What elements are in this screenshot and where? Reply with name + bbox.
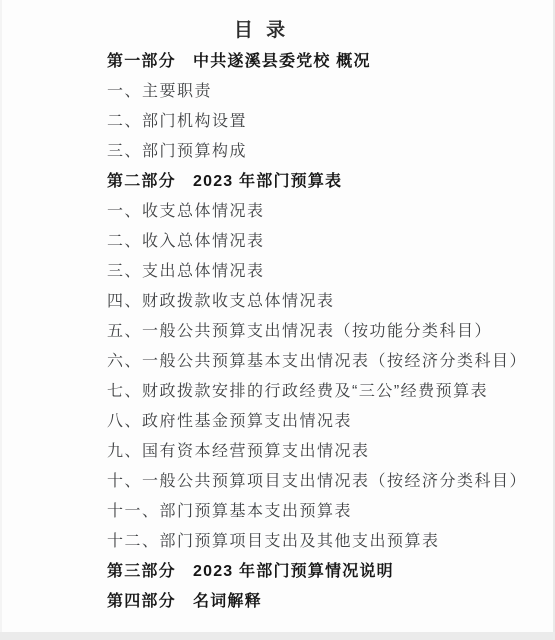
page-left-edge xyxy=(0,0,2,640)
document-page: 目 录 第一部分 中共遂溪县委党校 概况 一、主要职责 二、部门机构设置 三、部… xyxy=(0,0,555,640)
page-title: 目 录 xyxy=(0,19,523,43)
toc-section-heading: 第二部分 2023 年部门预算表 xyxy=(107,164,549,194)
toc-item: 七、财政拨款安排的行政经费及“三公”经费预算表 xyxy=(107,374,549,404)
toc-item: 一、收支总体情况表 xyxy=(107,194,549,224)
toc-item: 三、支出总体情况表 xyxy=(107,254,549,284)
toc-item: 一、主要职责 xyxy=(107,74,549,104)
toc-item: 九、国有资本经营预算支出情况表 xyxy=(107,434,549,464)
toc-item: 十二、部门预算项目支出及其他支出预算表 xyxy=(107,524,549,554)
toc-item: 三、部门预算构成 xyxy=(107,134,549,164)
toc-item: 五、一般公共预算支出情况表（按功能分类科目） xyxy=(107,314,549,344)
toc-item: 十、一般公共预算项目支出情况表（按经济分类科目） xyxy=(107,464,549,494)
toc-item: 二、部门机构设置 xyxy=(107,104,549,134)
page-bottom-edge xyxy=(0,632,555,640)
toc-section-heading: 第三部分 2023 年部门预算情况说明 xyxy=(107,554,549,584)
toc-item: 十一、部门预算基本支出预算表 xyxy=(107,494,549,524)
toc-item: 四、财政拨款收支总体情况表 xyxy=(107,284,549,314)
toc-section-heading: 第四部分 名词解释 xyxy=(107,584,549,614)
toc-item: 八、政府性基金预算支出情况表 xyxy=(107,404,549,434)
table-of-contents: 第一部分 中共遂溪县委党校 概况 一、主要职责 二、部门机构设置 三、部门预算构… xyxy=(107,44,549,614)
toc-section-heading: 第一部分 中共遂溪县委党校 概况 xyxy=(107,44,549,74)
toc-item: 二、收入总体情况表 xyxy=(107,224,549,254)
toc-item: 六、一般公共预算基本支出情况表（按经济分类科目） xyxy=(107,344,549,374)
